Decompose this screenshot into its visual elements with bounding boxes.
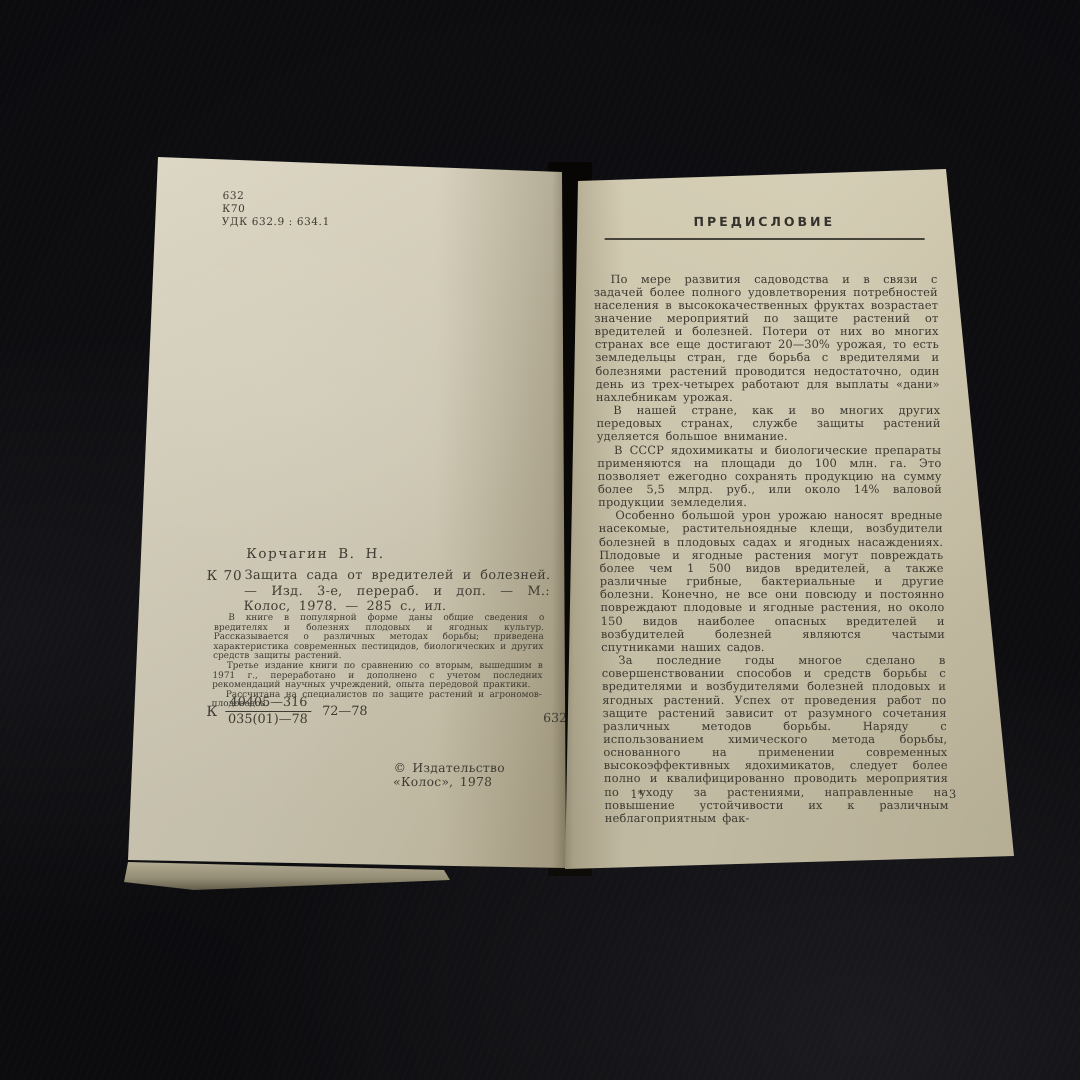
page-footer: 1* 3 (630, 787, 956, 801)
left-page: 632 К70 УДК 632.9 : 634.1 Корчагин В. Н.… (125, 150, 570, 876)
open-book: 632 К70 УДК 632.9 : 634.1 Корчагин В. Н.… (0, 0, 1080, 1080)
preface-heading: ПРЕДИСЛОВИЕ (592, 214, 936, 229)
text-column: ПРЕДИСЛОВИЕ По мере развития садоводства… (592, 214, 949, 825)
formula-prefix: К (206, 704, 217, 720)
classification-stamp: 632 К70 УДК 632.9 : 634.1 (222, 190, 331, 229)
bbk-code: 632 (222, 190, 331, 203)
preface-paragraph: По мере развития садоводства и в связи с… (593, 273, 940, 405)
left-page-content: 632 К70 УДК 632.9 : 634.1 Корчагин В. Н.… (102, 150, 570, 876)
fraction-denominator: 035(01)—78 (225, 712, 311, 727)
subject-code: 632 (543, 710, 567, 725)
udk-code: УДК 632.9 : 634.1 (222, 216, 331, 229)
author-name: Корчагин В. Н. (246, 546, 385, 562)
fraction-numerator: 40405—316 (225, 696, 311, 712)
photo-backdrop: 632 К70 УДК 632.9 : 634.1 Корчагин В. Н.… (0, 0, 1080, 1080)
page-number: 3 (949, 787, 957, 801)
bibliographic-entry: К 70 Защита сада от вредителей и болезне… (205, 568, 558, 615)
author-sign-code: К70 (222, 203, 331, 216)
catalog-number: К 70 (205, 568, 244, 615)
annotation-paragraph: В книге в популярной форме даны общие св… (213, 614, 545, 662)
preface-paragraph: Особенно большой урон урожаю наносят вре… (598, 509, 945, 654)
formula-fraction: 40405—316 035(01)—78 (225, 696, 312, 727)
catalog-index-formula: К 40405—316 035(01)—78 72—78 (206, 696, 368, 727)
formula-suffix: 72—78 (322, 704, 368, 719)
copyright-line: © Издательство «Колос», 1978 (393, 761, 551, 789)
bibliographic-description: Защита сада от вредителей и болезней. — … (243, 568, 550, 615)
preface-page: ПРЕДИСЛОВИЕ По мере развития садоводства… (555, 160, 1020, 873)
preface-paragraph: В нашей стране, как и во многих других п… (596, 404, 941, 443)
annotation-paragraph: Третье издание книги по сравнению со вто… (212, 662, 543, 691)
signature-mark: 1* (630, 787, 643, 801)
preface-paragraph: В СССР ядохимикаты и биологические препа… (597, 444, 942, 510)
heading-rule (605, 238, 925, 240)
preface-body: По мере развития садоводства и в связи с… (593, 273, 949, 826)
preface-page-content: ПРЕДИСЛОВИЕ По мере развития садоводства… (555, 160, 1035, 873)
